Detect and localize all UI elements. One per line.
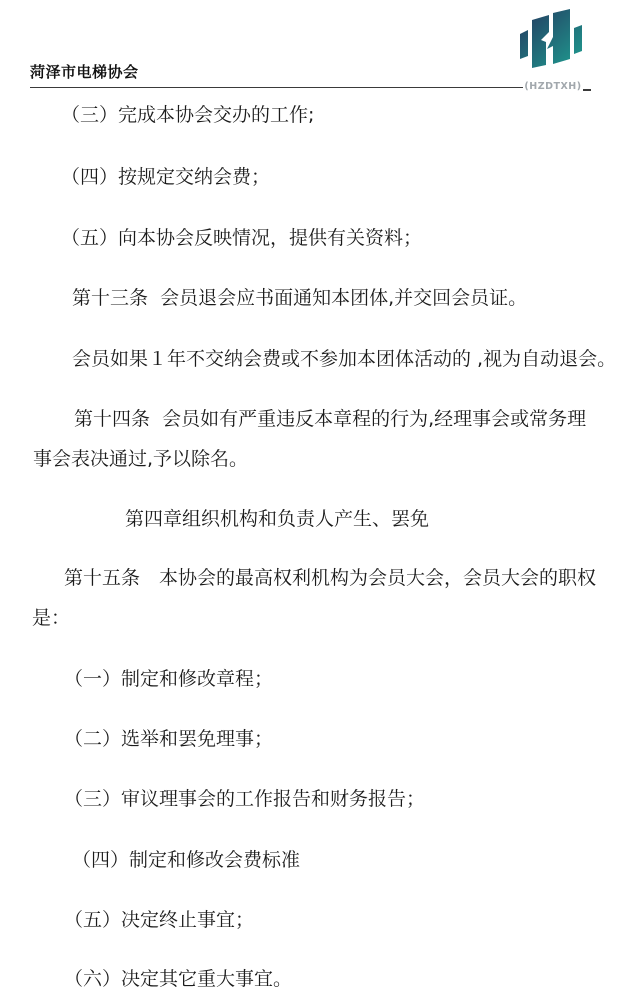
document-line: （三）完成本协会交办的工作;	[61, 104, 314, 126]
document-line: 第四章组织机构和负责人产生、罢免	[125, 508, 429, 530]
page: 菏泽市电梯协会 (HZDTXH) （三）完成本协会交办的工作;（四）按规定交纳会…	[0, 0, 626, 1005]
document-line: 第十四条 会员如有严重违反本章程的行为,经理事会或常务理	[74, 408, 586, 430]
document-line: （四）按规定交纳会费；	[61, 166, 270, 188]
document-line: （五）决定终止事宜；	[64, 909, 254, 931]
document-line: （三）审议理事会的工作报告和财务报告；	[64, 788, 425, 810]
document-line: 会员如果１年不交纳会费或不参加本团体活动的 ,视为自动退会。	[72, 348, 616, 370]
document-line: （六）决定其它重大事宜。	[64, 968, 292, 990]
document-line: 第十三条 会员退会应书面通知本团体,并交回会员证。	[72, 287, 527, 309]
document-line: 第十五条 本协会的最高权利机构为会员大会，会员大会的职权	[64, 567, 596, 589]
document-line: （二）选举和罢免理事；	[64, 728, 273, 750]
document-line: 是：	[32, 607, 70, 629]
document-line: （五）向本协会反映情况，提供有关资料；	[61, 227, 422, 249]
document-body: （三）完成本协会交办的工作;（四）按规定交纳会费；（五）向本协会反映情况，提供有…	[0, 0, 626, 1005]
document-line: 事会表决通过,予以除名。	[33, 448, 248, 470]
document-line: （四）制定和修改会费标准	[72, 849, 300, 871]
document-line: （一）制定和修改章程；	[64, 668, 273, 690]
